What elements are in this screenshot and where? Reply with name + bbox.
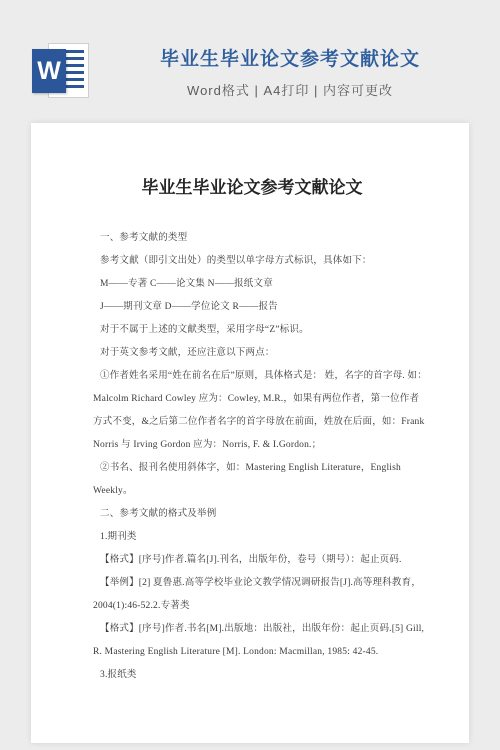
doc-line: R. Mastering English Literature [M]. Lon… <box>93 641 411 664</box>
doc-line: 【举例】[2] 夏鲁惠.高等学校毕业论文教学情况调研报告[J].高等理科教育， <box>93 572 411 595</box>
document-page-preview: 毕业生毕业论文参考文献论文 一、参考文献的类型 参考文献（即引文出处）的类型以单… <box>31 123 469 743</box>
doc-line: 方式不变，&之后第二位作者名字的首字母放在前面，姓放在后面，如：Frank <box>93 411 411 434</box>
template-title: 毕业生毕业论文参考文献论文 <box>92 44 488 71</box>
doc-line: 二、参考文献的格式及举例 <box>93 503 411 526</box>
doc-line: 对于英文参考文献，还应注意以下两点： <box>93 342 411 365</box>
template-subtitle: Word格式 | A4打印 | 内容可更改 <box>92 80 488 99</box>
doc-line: Weekly。 <box>93 480 411 503</box>
doc-line: 【格式】[序号]作者.书名[M].出版地：出版社，出版年份：起止页码.[5] G… <box>93 618 411 641</box>
doc-line: M——专著 C——论文集 N——报纸文章 <box>93 273 411 296</box>
word-w-badge: W <box>32 49 66 93</box>
doc-line: 1.期刊类 <box>93 526 411 549</box>
doc-line: J——期刊文章 D——学位论文 R——报告 <box>93 296 411 319</box>
doc-line: 3.报纸类 <box>93 664 411 687</box>
header-text: 毕业生毕业论文参考文献论文 Word格式 | A4打印 | 内容可更改 <box>92 44 488 99</box>
doc-line: 2004(1):46-52.2.专著类 <box>93 595 411 618</box>
doc-line: Malcolm Richard Cowley 应为：Cowley, M.R.，如… <box>93 388 411 411</box>
doc-line: ②书名、报刊名使用斜体字，如：Mastering English Literat… <box>93 457 411 480</box>
document-title: 毕业生毕业论文参考文献论文 <box>93 175 411 201</box>
word-logo-icon: W <box>32 42 90 99</box>
doc-line: 【格式】[序号]作者.篇名[J].刊名，出版年份，卷号（期号）：起止页码. <box>93 549 411 572</box>
doc-line: 对于不属于上述的文献类型，采用字母“Z”标识。 <box>93 319 411 342</box>
header: W 毕业生毕业论文参考文献论文 Word格式 | A4打印 | 内容可更改 <box>0 0 500 123</box>
doc-line: 参考文献（即引文出处）的类型以单字母方式标识，具体如下： <box>93 250 411 273</box>
doc-line: 一、参考文献的类型 <box>93 227 411 250</box>
doc-line: Norris 与 Irving Gordon 应为：Norris, F. & I… <box>93 434 411 457</box>
doc-line: ①作者姓名采用“姓在前名在后”原则，具体格式是： 姓，名字的首字母. 如： <box>93 365 411 388</box>
